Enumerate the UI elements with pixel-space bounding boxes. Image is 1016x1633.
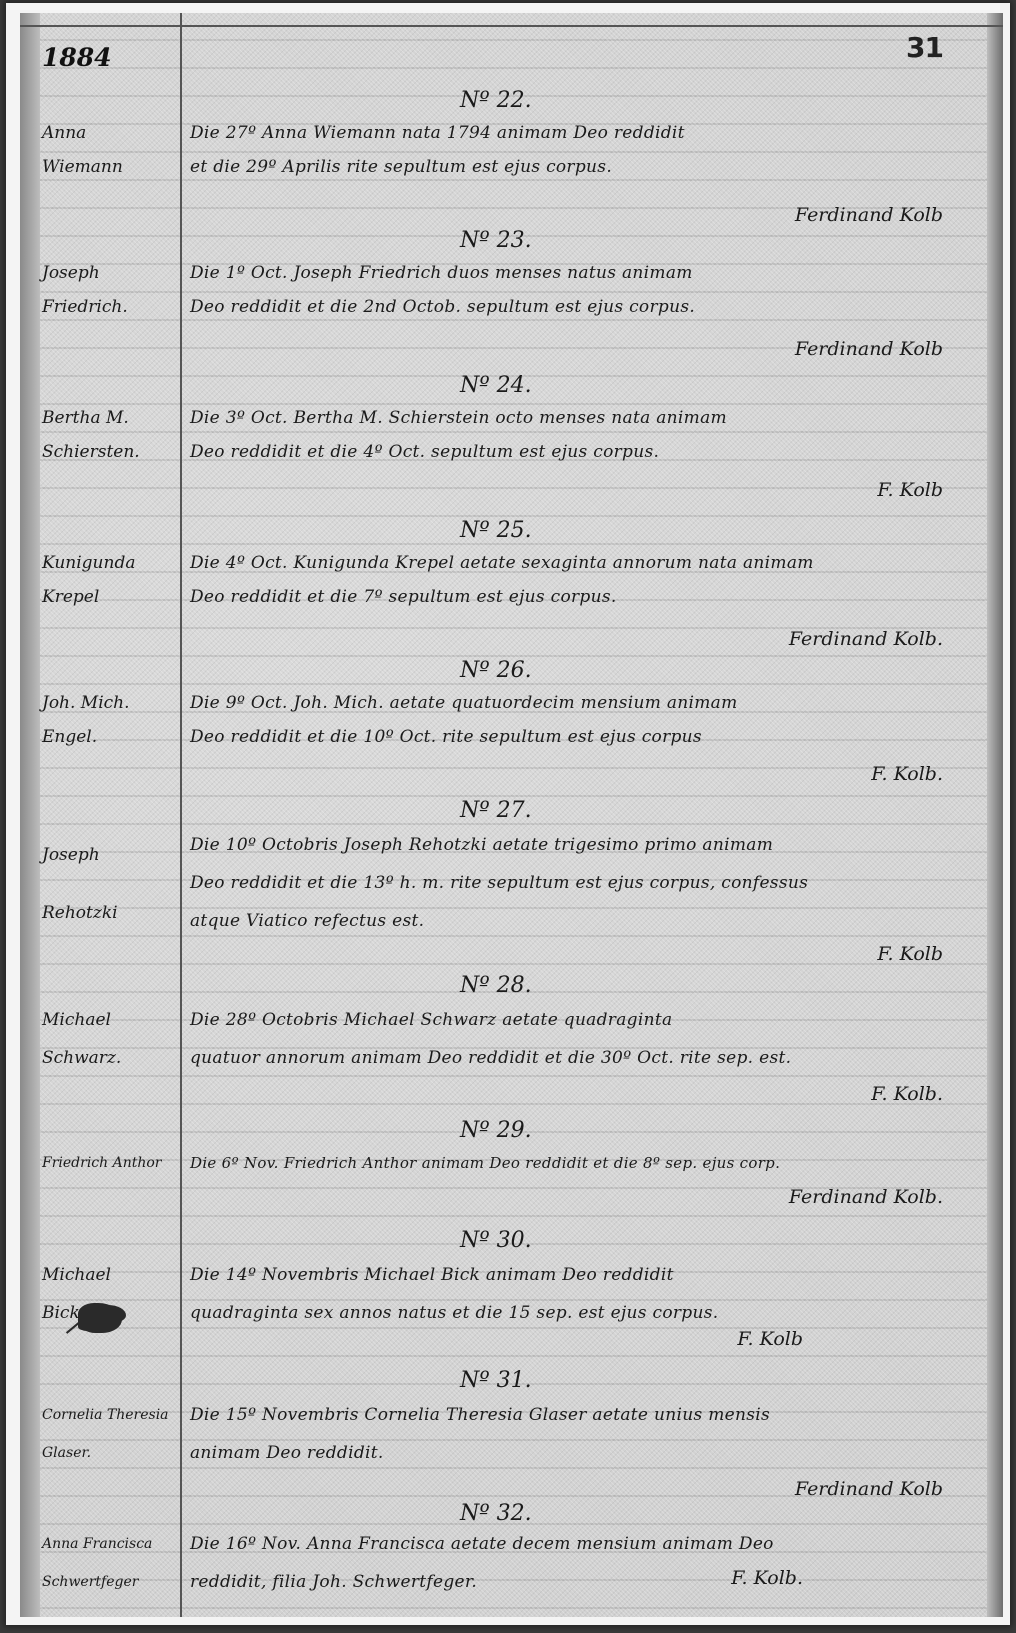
- name-column-rule: [180, 13, 182, 1617]
- deceased-name: Michael Schwarz.: [42, 1001, 178, 1077]
- entry-text: Die 10º Octobris Joseph Rehotzki aetate …: [190, 826, 979, 940]
- deceased-name: Cornelia Theresia Glaser.: [42, 1396, 178, 1472]
- name-line: Kunigunda: [42, 546, 178, 580]
- entry-text-line: Die 28º Octobris Michael Schwarz aetate …: [190, 1001, 979, 1039]
- name-line: Rehotzki: [42, 884, 178, 942]
- name-line: Joh. Mich.: [42, 686, 178, 720]
- entry-number: Nº 25.: [460, 518, 532, 543]
- entry-text: Die 14º Novembris Michael Bick animam De…: [190, 1256, 979, 1332]
- entry-text: Die 9º Oct. Joh. Mich. aetate quatuordec…: [190, 686, 979, 754]
- entry-text-line: Die 15º Novembris Cornelia Theresia Glas…: [190, 1396, 979, 1434]
- priest-signature: F. Kolb.: [871, 1083, 943, 1105]
- name-line: Anna: [42, 116, 178, 150]
- priest-signature: Ferdinand Kolb.: [789, 628, 943, 650]
- entry-text: Die 15º Novembris Cornelia Theresia Glas…: [190, 1396, 979, 1472]
- entry-number: Nº 27.: [460, 798, 532, 823]
- entry-text-line: Die 3º Oct. Bertha M. Schierstein octo m…: [190, 401, 979, 435]
- entry-text: Die 16º Nov. Anna Francisca aetate decem…: [190, 1525, 979, 1601]
- name-line: Joseph: [42, 826, 178, 884]
- entry-text-line: animam Deo reddidit.: [190, 1434, 979, 1472]
- deceased-name: Joseph Rehotzki: [42, 826, 178, 942]
- name-line: Michael: [42, 1001, 178, 1039]
- entry-text-line: quadraginta sex annos natus et die 15 se…: [190, 1294, 979, 1332]
- priest-signature: F. Kolb: [877, 943, 943, 965]
- name-line: Friedrich Anthor: [42, 1146, 178, 1180]
- entry-text-line: Die 1º Oct. Joseph Friedrich duos menses…: [190, 256, 979, 290]
- name-line: Schwertfeger: [42, 1563, 178, 1601]
- entry-text-line: Die 9º Oct. Joh. Mich. aetate quatuordec…: [190, 686, 979, 720]
- register-year: 1884: [42, 43, 112, 72]
- name-line: Michael: [42, 1256, 178, 1294]
- entry-number: Nº 29.: [460, 1118, 532, 1143]
- entry-number: Nº 24.: [460, 373, 532, 398]
- name-line: Glaser.: [42, 1434, 178, 1472]
- name-line: Schiersten.: [42, 435, 178, 469]
- entry-text-line: atque Viatico refectus est.: [190, 902, 979, 940]
- deceased-name: Anna Francisca Schwertfeger: [42, 1525, 178, 1601]
- entry-text: Die 6º Nov. Friedrich Anthor animam Deo …: [190, 1146, 979, 1180]
- entry-text: Die 1º Oct. Joseph Friedrich duos menses…: [190, 256, 979, 324]
- priest-signature: Ferdinand Kolb: [795, 338, 943, 360]
- entry-number: Nº 30.: [460, 1228, 532, 1253]
- name-line: Anna Francisca: [42, 1525, 178, 1563]
- priest-signature: F. Kolb: [877, 479, 943, 501]
- entry-text-line: quatuor annorum animam Deo reddidit et d…: [190, 1039, 979, 1077]
- entry-number: Nº 23.: [460, 228, 532, 253]
- name-line: Wiemann: [42, 150, 178, 184]
- entry-number: Nº 26.: [460, 658, 532, 683]
- name-line: Cornelia Theresia: [42, 1396, 178, 1434]
- entry-number: Nº 32.: [460, 1501, 532, 1526]
- entry-number: Nº 28.: [460, 973, 532, 998]
- deceased-name: Kunigunda Krepel: [42, 546, 178, 614]
- entry-text-line: Deo reddidit et die 4º Oct. sepultum est…: [190, 435, 979, 469]
- page-edge-shadow: [987, 13, 1003, 1617]
- name-line: Bertha M.: [42, 401, 178, 435]
- name-line: Friedrich.: [42, 290, 178, 324]
- top-rule: [20, 25, 1003, 27]
- entry-number: Nº 22.: [460, 88, 532, 113]
- priest-signature: Ferdinand Kolb.: [789, 1186, 943, 1208]
- name-line: Engel.: [42, 720, 178, 754]
- name-line: Krepel: [42, 580, 178, 614]
- binding-edge: [20, 13, 40, 1617]
- entry-text: Die 3º Oct. Bertha M. Schierstein octo m…: [190, 401, 979, 469]
- priest-signature: F. Kolb.: [871, 763, 943, 785]
- priest-signature: F. Kolb.: [731, 1567, 803, 1589]
- deceased-name: Friedrich Anthor: [42, 1146, 178, 1180]
- page-frame: 1884 31 Nº 22. Anna Wiemann Die 27º Anna…: [6, 3, 1010, 1625]
- entry-text-line: Die 10º Octobris Joseph Rehotzki aetate …: [190, 826, 979, 864]
- priest-signature: F. Kolb: [737, 1328, 803, 1350]
- entry-text-line: Deo reddidit et die 10º Oct. rite sepult…: [190, 720, 979, 754]
- entry-text-line: Deo reddidit et die 13º h. m. rite sepul…: [190, 864, 979, 902]
- entry-text: Die 28º Octobris Michael Schwarz aetate …: [190, 1001, 979, 1077]
- deceased-name: Bertha M. Schiersten.: [42, 401, 178, 469]
- entry-text-line: Deo reddidit et die 2nd Octob. sepultum …: [190, 290, 979, 324]
- entry-text: Die 27º Anna Wiemann nata 1794 animam De…: [190, 116, 979, 184]
- entry-text: Die 4º Oct. Kunigunda Krepel aetate sexa…: [190, 546, 979, 614]
- ink-blot: [78, 1303, 122, 1333]
- entry-text-line: Die 16º Nov. Anna Francisca aetate decem…: [190, 1525, 979, 1563]
- name-line: Joseph: [42, 256, 178, 290]
- deceased-name: Anna Wiemann: [42, 116, 178, 184]
- register-page: 1884 31 Nº 22. Anna Wiemann Die 27º Anna…: [20, 13, 1003, 1617]
- entry-text-line: Die 14º Novembris Michael Bick animam De…: [190, 1256, 979, 1294]
- entry-text-line: Deo reddidit et die 7º sepultum est ejus…: [190, 580, 979, 614]
- entry-text-line: Die 6º Nov. Friedrich Anthor animam Deo …: [190, 1146, 979, 1180]
- entry-text-line: et die 29º Aprilis rite sepultum est eju…: [190, 150, 979, 184]
- entry-number: Nº 31.: [460, 1368, 532, 1393]
- deceased-name: Joh. Mich. Engel.: [42, 686, 178, 754]
- priest-signature: Ferdinand Kolb: [795, 1478, 943, 1500]
- page-number: 31: [906, 31, 943, 64]
- deceased-name: Joseph Friedrich.: [42, 256, 178, 324]
- priest-signature: Ferdinand Kolb: [795, 204, 943, 226]
- name-line: Schwarz.: [42, 1039, 178, 1077]
- entry-text-line: Die 4º Oct. Kunigunda Krepel aetate sexa…: [190, 546, 979, 580]
- entry-text-line: reddidit, filia Joh. Schwertfeger.: [190, 1563, 979, 1601]
- entry-text-line: Die 27º Anna Wiemann nata 1794 animam De…: [190, 116, 979, 150]
